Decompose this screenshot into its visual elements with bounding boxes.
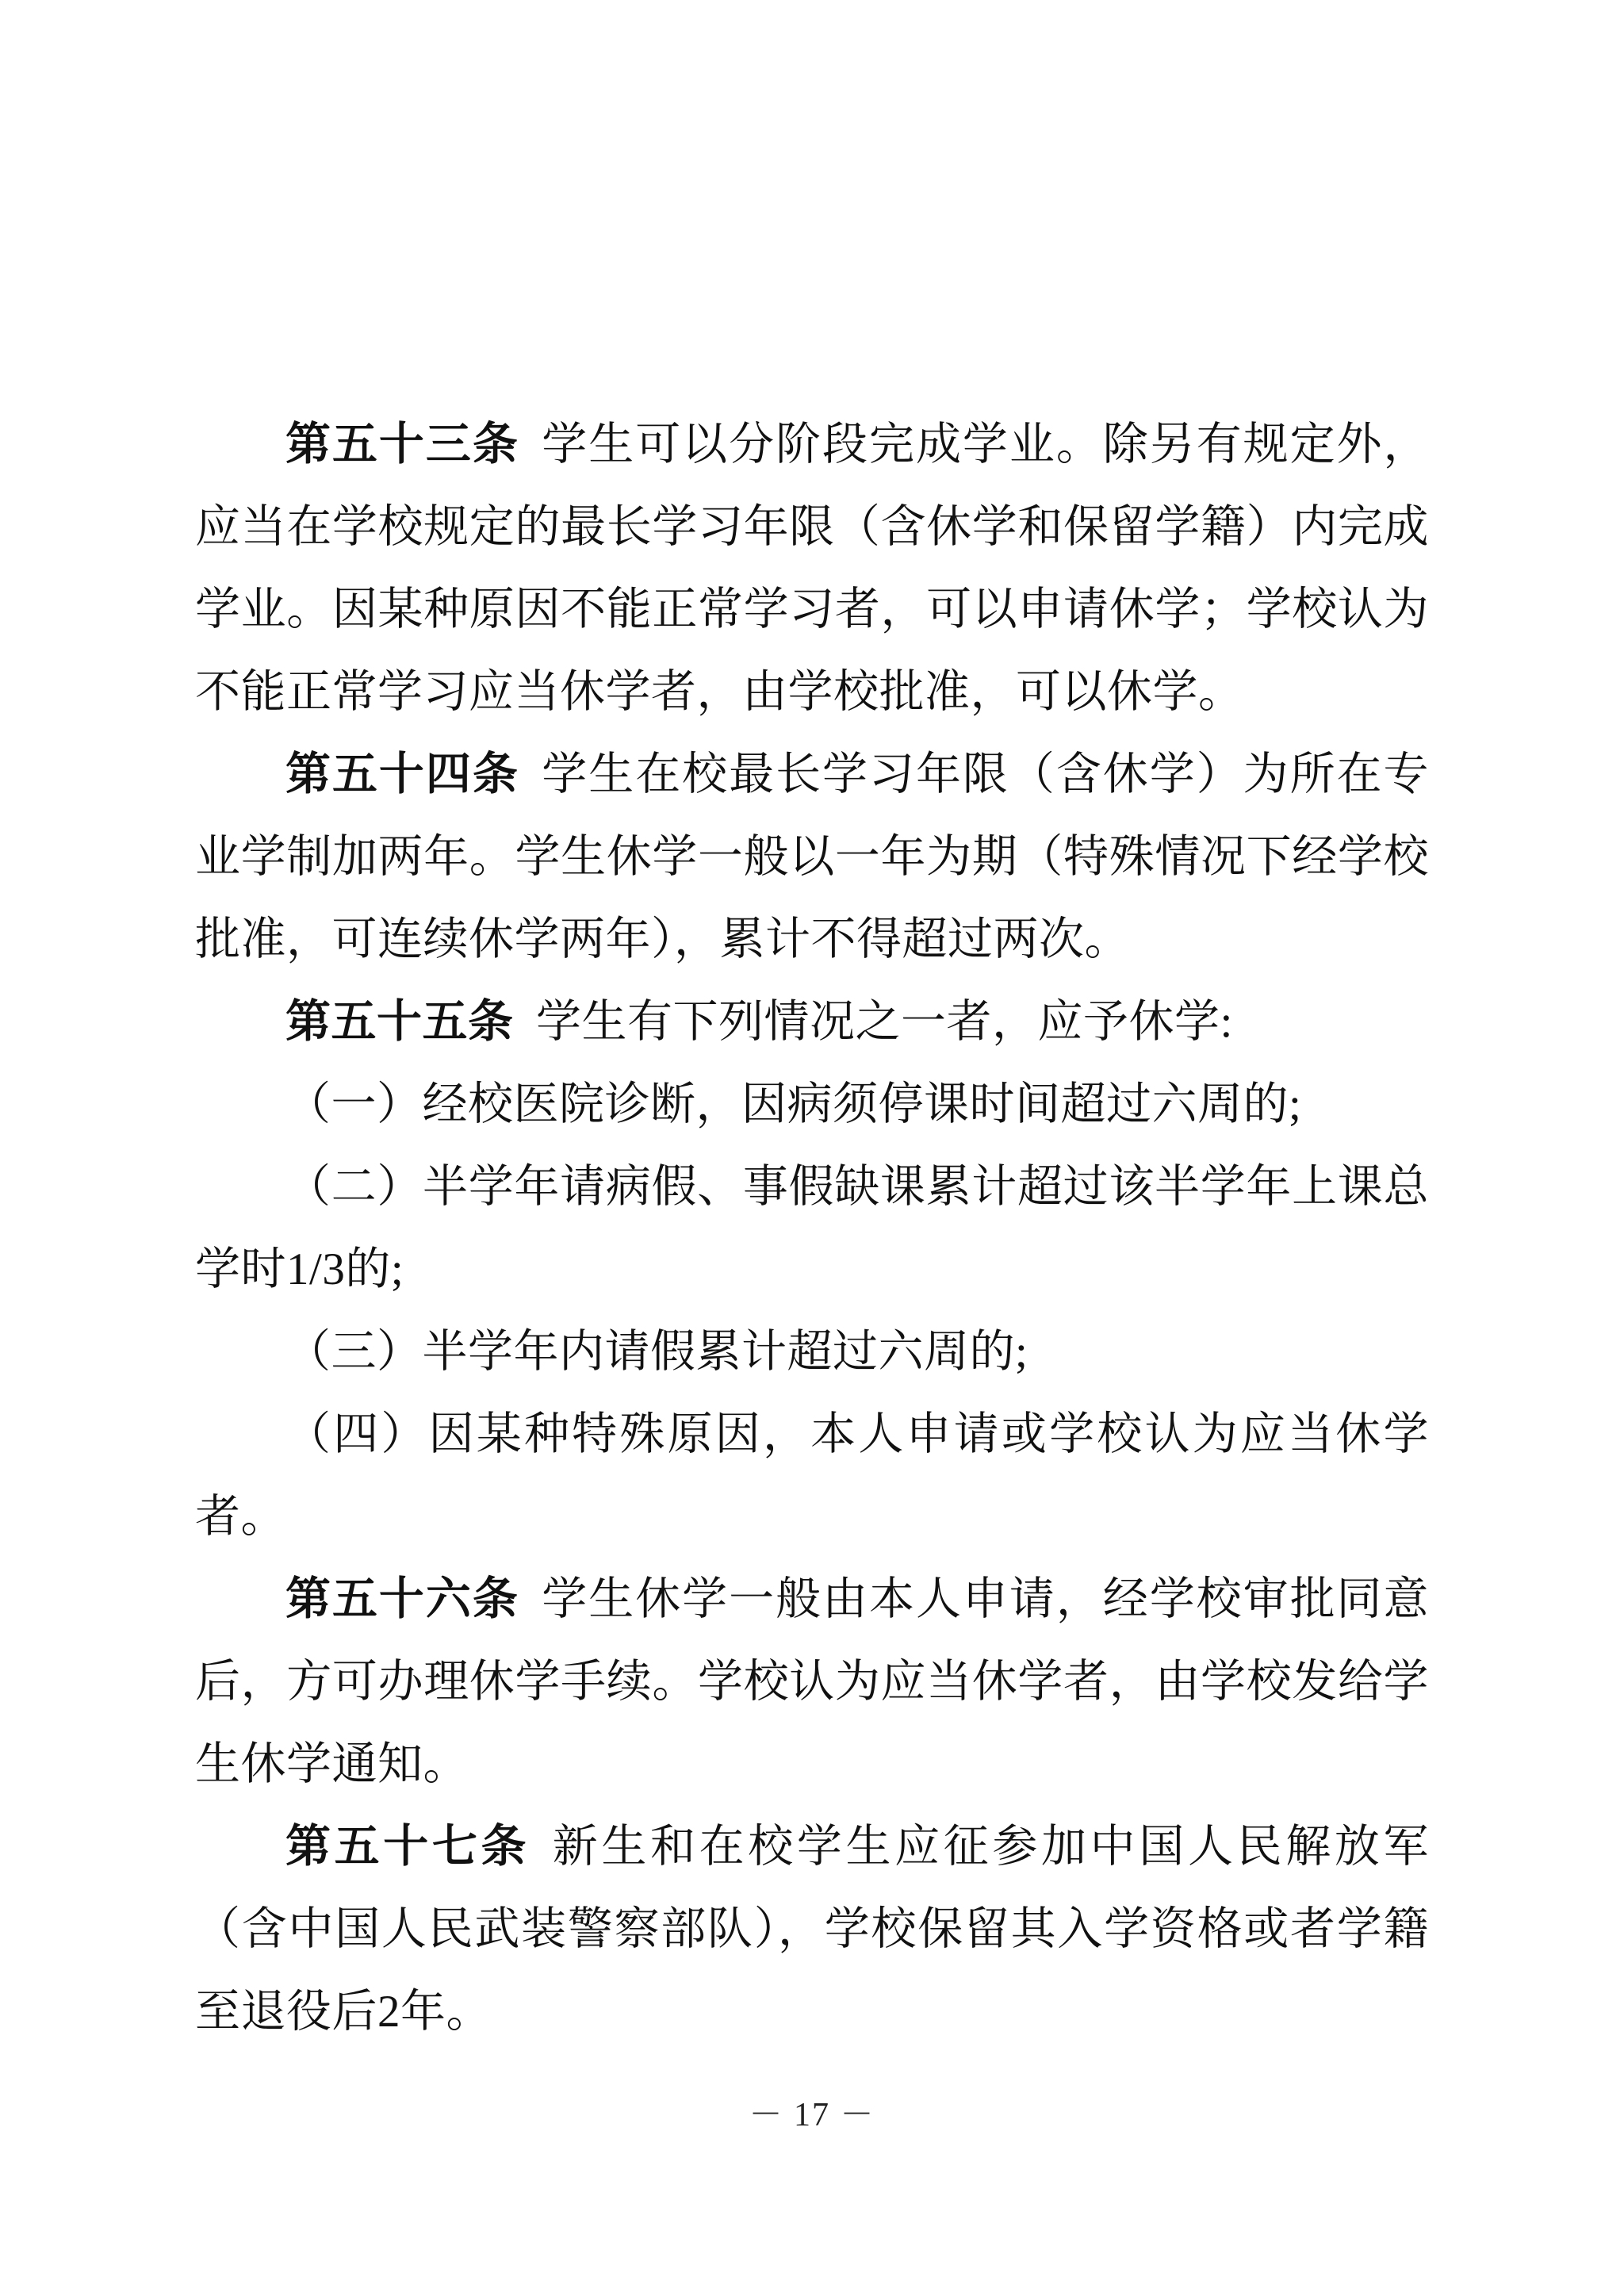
document-body: 第五十三条学生可以分阶段完成学业。除另有规定外，应当在学校规定的最长学习年限（含…	[195, 404, 1429, 2053]
paragraph-article-55: 第五十五条学生有下列情况之一者，应予休学:	[195, 981, 1429, 1064]
article-number: 第五十六条	[285, 1574, 519, 1624]
article-text: （二）半学年请病假、事假缺课累计超过该半学年上课总学时1/3的;	[195, 1162, 1429, 1294]
paragraph-item-1: （一）经校医院诊断，因病须停课时间超过六周的;	[195, 1064, 1429, 1146]
paragraph-article-54: 第五十四条学生在校最长学习年限（含休学）为所在专业学制加两年。学生休学一般以一年…	[195, 734, 1429, 981]
article-number: 第五十三条	[285, 420, 519, 470]
article-number: 第五十四条	[285, 749, 519, 799]
paragraph-article-56: 第五十六条学生休学一般由本人申请，经学校审批同意后，方可办理休学手续。学校认为应…	[195, 1558, 1429, 1806]
article-number: 第五十五条	[285, 997, 514, 1047]
paragraph-item-4: （四）因某种特殊原因，本人申请或学校认为应当休学者。	[195, 1393, 1429, 1558]
article-text: （一）经校医院诊断，因病须停课时间超过六周的;	[285, 1079, 1301, 1129]
paragraph-article-53: 第五十三条学生可以分阶段完成学业。除另有规定外，应当在学校规定的最长学习年限（含…	[195, 404, 1429, 734]
article-text: （四）因某种特殊原因，本人申请或学校认为应当休学者。	[195, 1409, 1429, 1542]
article-text: （三）半学年内请假累计超过六周的;	[285, 1327, 1028, 1377]
article-text: 学生有下列情况之一者，应予休学:	[536, 997, 1233, 1047]
paragraph-item-2: （二）半学年请病假、事假缺课累计超过该半学年上课总学时1/3的;	[195, 1146, 1429, 1311]
document-page: 第五十三条学生可以分阶段完成学业。除另有规定外，应当在学校规定的最长学习年限（含…	[0, 0, 1624, 2296]
paragraph-item-3: （三）半学年内请假累计超过六周的;	[195, 1311, 1429, 1393]
page-number: － 17 －	[0, 2095, 1624, 2135]
paragraph-article-57: 第五十七条新生和在校学生应征参加中国人民解放军（含中国人民武装警察部队），学校保…	[195, 1806, 1429, 2053]
article-number: 第五十七条	[285, 1822, 530, 1872]
